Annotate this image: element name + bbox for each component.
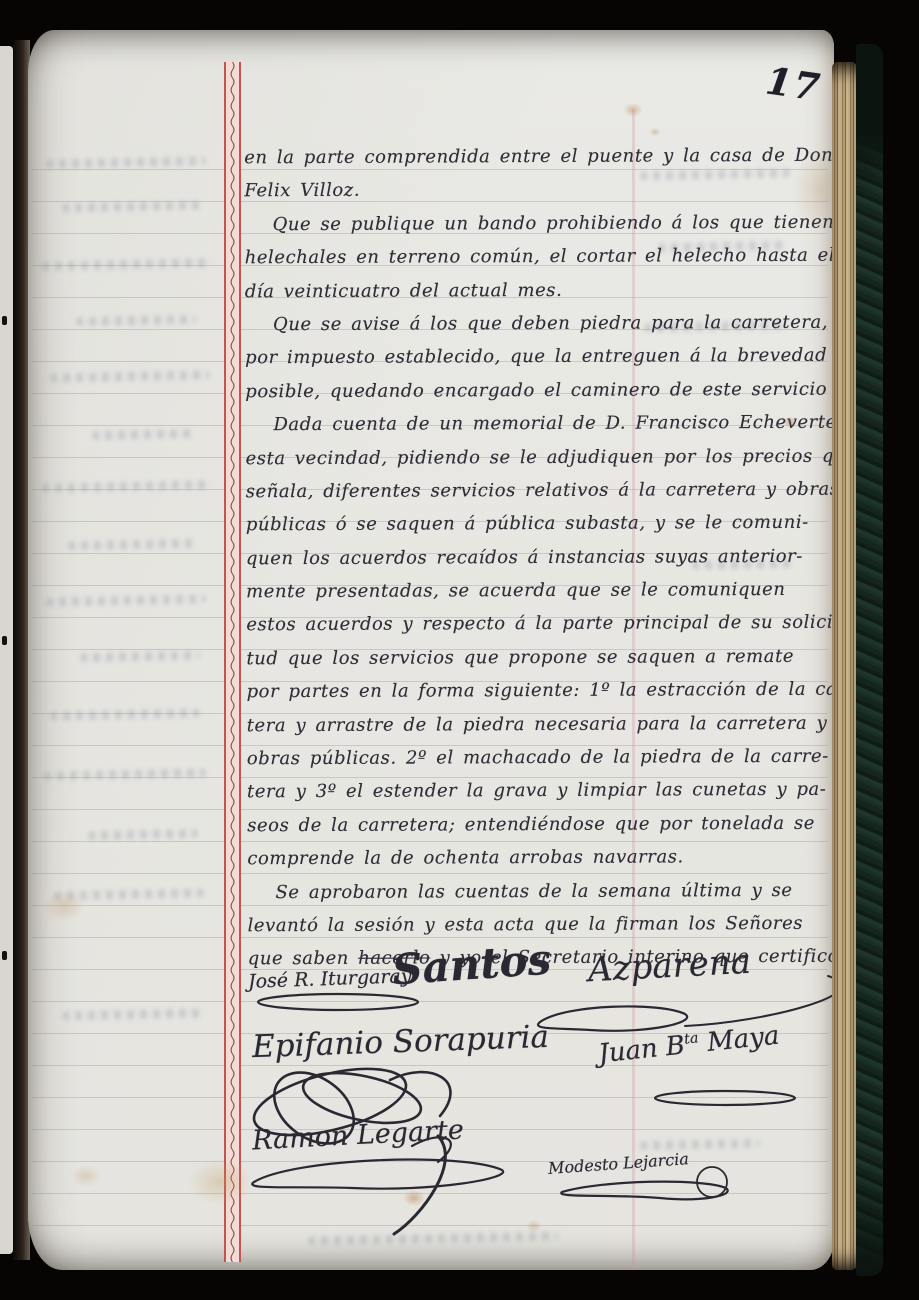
scanned-minute-book-photo: 17 en la parte comprendida entre el puen…	[0, 0, 919, 1300]
page-block-edges	[832, 62, 858, 1270]
binding-stitch	[2, 316, 7, 325]
foxing-stains	[28, 30, 834, 1270]
manuscript-page: 17 en la parte comprendida entre el puen…	[28, 30, 834, 1270]
marbled-book-cover-edge	[856, 44, 883, 1276]
binding-stitch	[2, 636, 7, 645]
previous-page-edge	[0, 46, 13, 1254]
binding-stitch	[2, 951, 7, 960]
